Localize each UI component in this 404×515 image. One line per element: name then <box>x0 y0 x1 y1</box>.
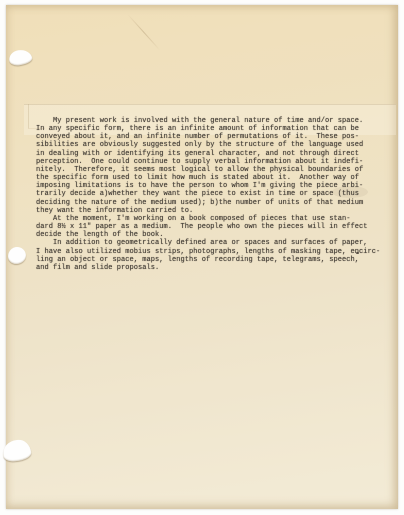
crease-mark <box>127 14 160 50</box>
typed-text-block: My present work is involved with the gen… <box>36 117 380 272</box>
scan-background: { "colors": { "background": "#fdfdfc", "… <box>0 0 404 515</box>
paper-sheet: My present work is involved with the gen… <box>6 5 398 509</box>
